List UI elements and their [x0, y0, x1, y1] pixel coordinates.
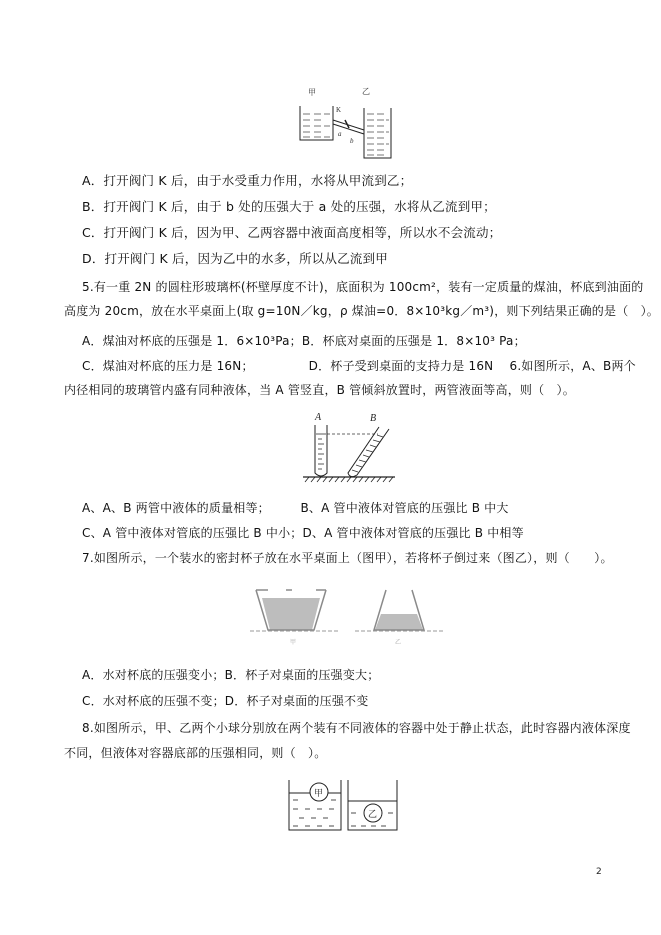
ball-yi: 乙 — [368, 809, 377, 820]
q4-option-a: A．打开阀门 K 后，由于水受重力作用，水将从甲流到乙； — [82, 173, 412, 189]
svg-text:a: a — [338, 130, 342, 138]
q5-options-ab: A．煤油对杯底的压强是 1．6×10³Pa；B．杯底对桌面的压强是 1．8×10… — [82, 333, 526, 349]
q5-options-cd-and-q6: C．煤油对杯底的压力是 16N； D．杯子受到桌面的支持力是 16N 6.如图所… — [82, 358, 636, 374]
q7-options-ab: A．水对杯底的压强变小；B．杯子对桌面的压强变大； — [82, 667, 379, 683]
q8-stem-line1: 8.如图所示，甲、乙两个小球分别放在两个装有不同液体的容器中处于静止状态，此时容… — [82, 720, 631, 736]
q5-stem-line1: 5.有一重 2N 的圆柱形玻璃杯(杯壁厚度不计)，底面积为 100cm²，装有一… — [82, 279, 643, 295]
cup-label-yi: 乙 — [395, 639, 401, 646]
page-number: 2 — [596, 867, 602, 877]
tube-a-label: A — [314, 412, 322, 423]
q7-options-cd: C．水对杯底的压强不变；D．杯子对桌面的压强不变 — [82, 693, 368, 709]
figure-balls-containers: 甲 乙 — [285, 776, 401, 832]
figure-connected-containers: 甲 乙 K a b — [292, 84, 392, 160]
svg-text:b: b — [350, 137, 354, 145]
figure-cups: 甲 乙 — [240, 584, 450, 646]
q6-options-ab: A、A、B 两管中液体的质量相等； B、A 管中液体对管底的压强比 B 中大 — [82, 500, 509, 516]
q4-option-b: B．打开阀门 K 后，由于 b 处的压强大于 a 处的压强，水将从乙流到甲； — [82, 199, 496, 215]
label-jia: 甲 — [308, 88, 316, 97]
q5-stem-line2: 高度为 20cm，放在水平桌面上(取 g=10N／kg，ρ 煤油=0．8×10³… — [64, 303, 659, 319]
q4-option-c: C．打开阀门 K 后，因为甲、乙两容器中液面高度相等，所以水不会流动； — [82, 225, 501, 241]
q4-option-d: D．打开阀门 K 后，因为乙中的水多，所以从乙流到甲 — [82, 251, 388, 267]
cup-label-jia: 甲 — [290, 638, 296, 646]
q6-stem-line2: 内径相同的玻璃管内盛有同种液体，当 A 管竖直，B 管倾斜放置时，两管液面等高，… — [64, 382, 575, 398]
label-yi: 乙 — [362, 87, 370, 96]
figure-tubes: A B — [295, 407, 395, 483]
ball-jia: 甲 — [314, 788, 323, 799]
q6-options-cd: C、A 管中液体对管底的压强比 B 中小；D、A 管中液体对管底的压强比 B 中… — [82, 525, 524, 541]
tube-b-label: B — [370, 413, 376, 424]
q8-stem-line2: 不同，但液体对容器底部的压强相同，则（ ）。 — [64, 745, 326, 761]
q7-stem: 7.如图所示，一个装水的密封杯子放在水平桌面上（图甲），若将杯子倒过来（图乙），… — [82, 550, 613, 566]
svg-text:K: K — [336, 106, 341, 114]
